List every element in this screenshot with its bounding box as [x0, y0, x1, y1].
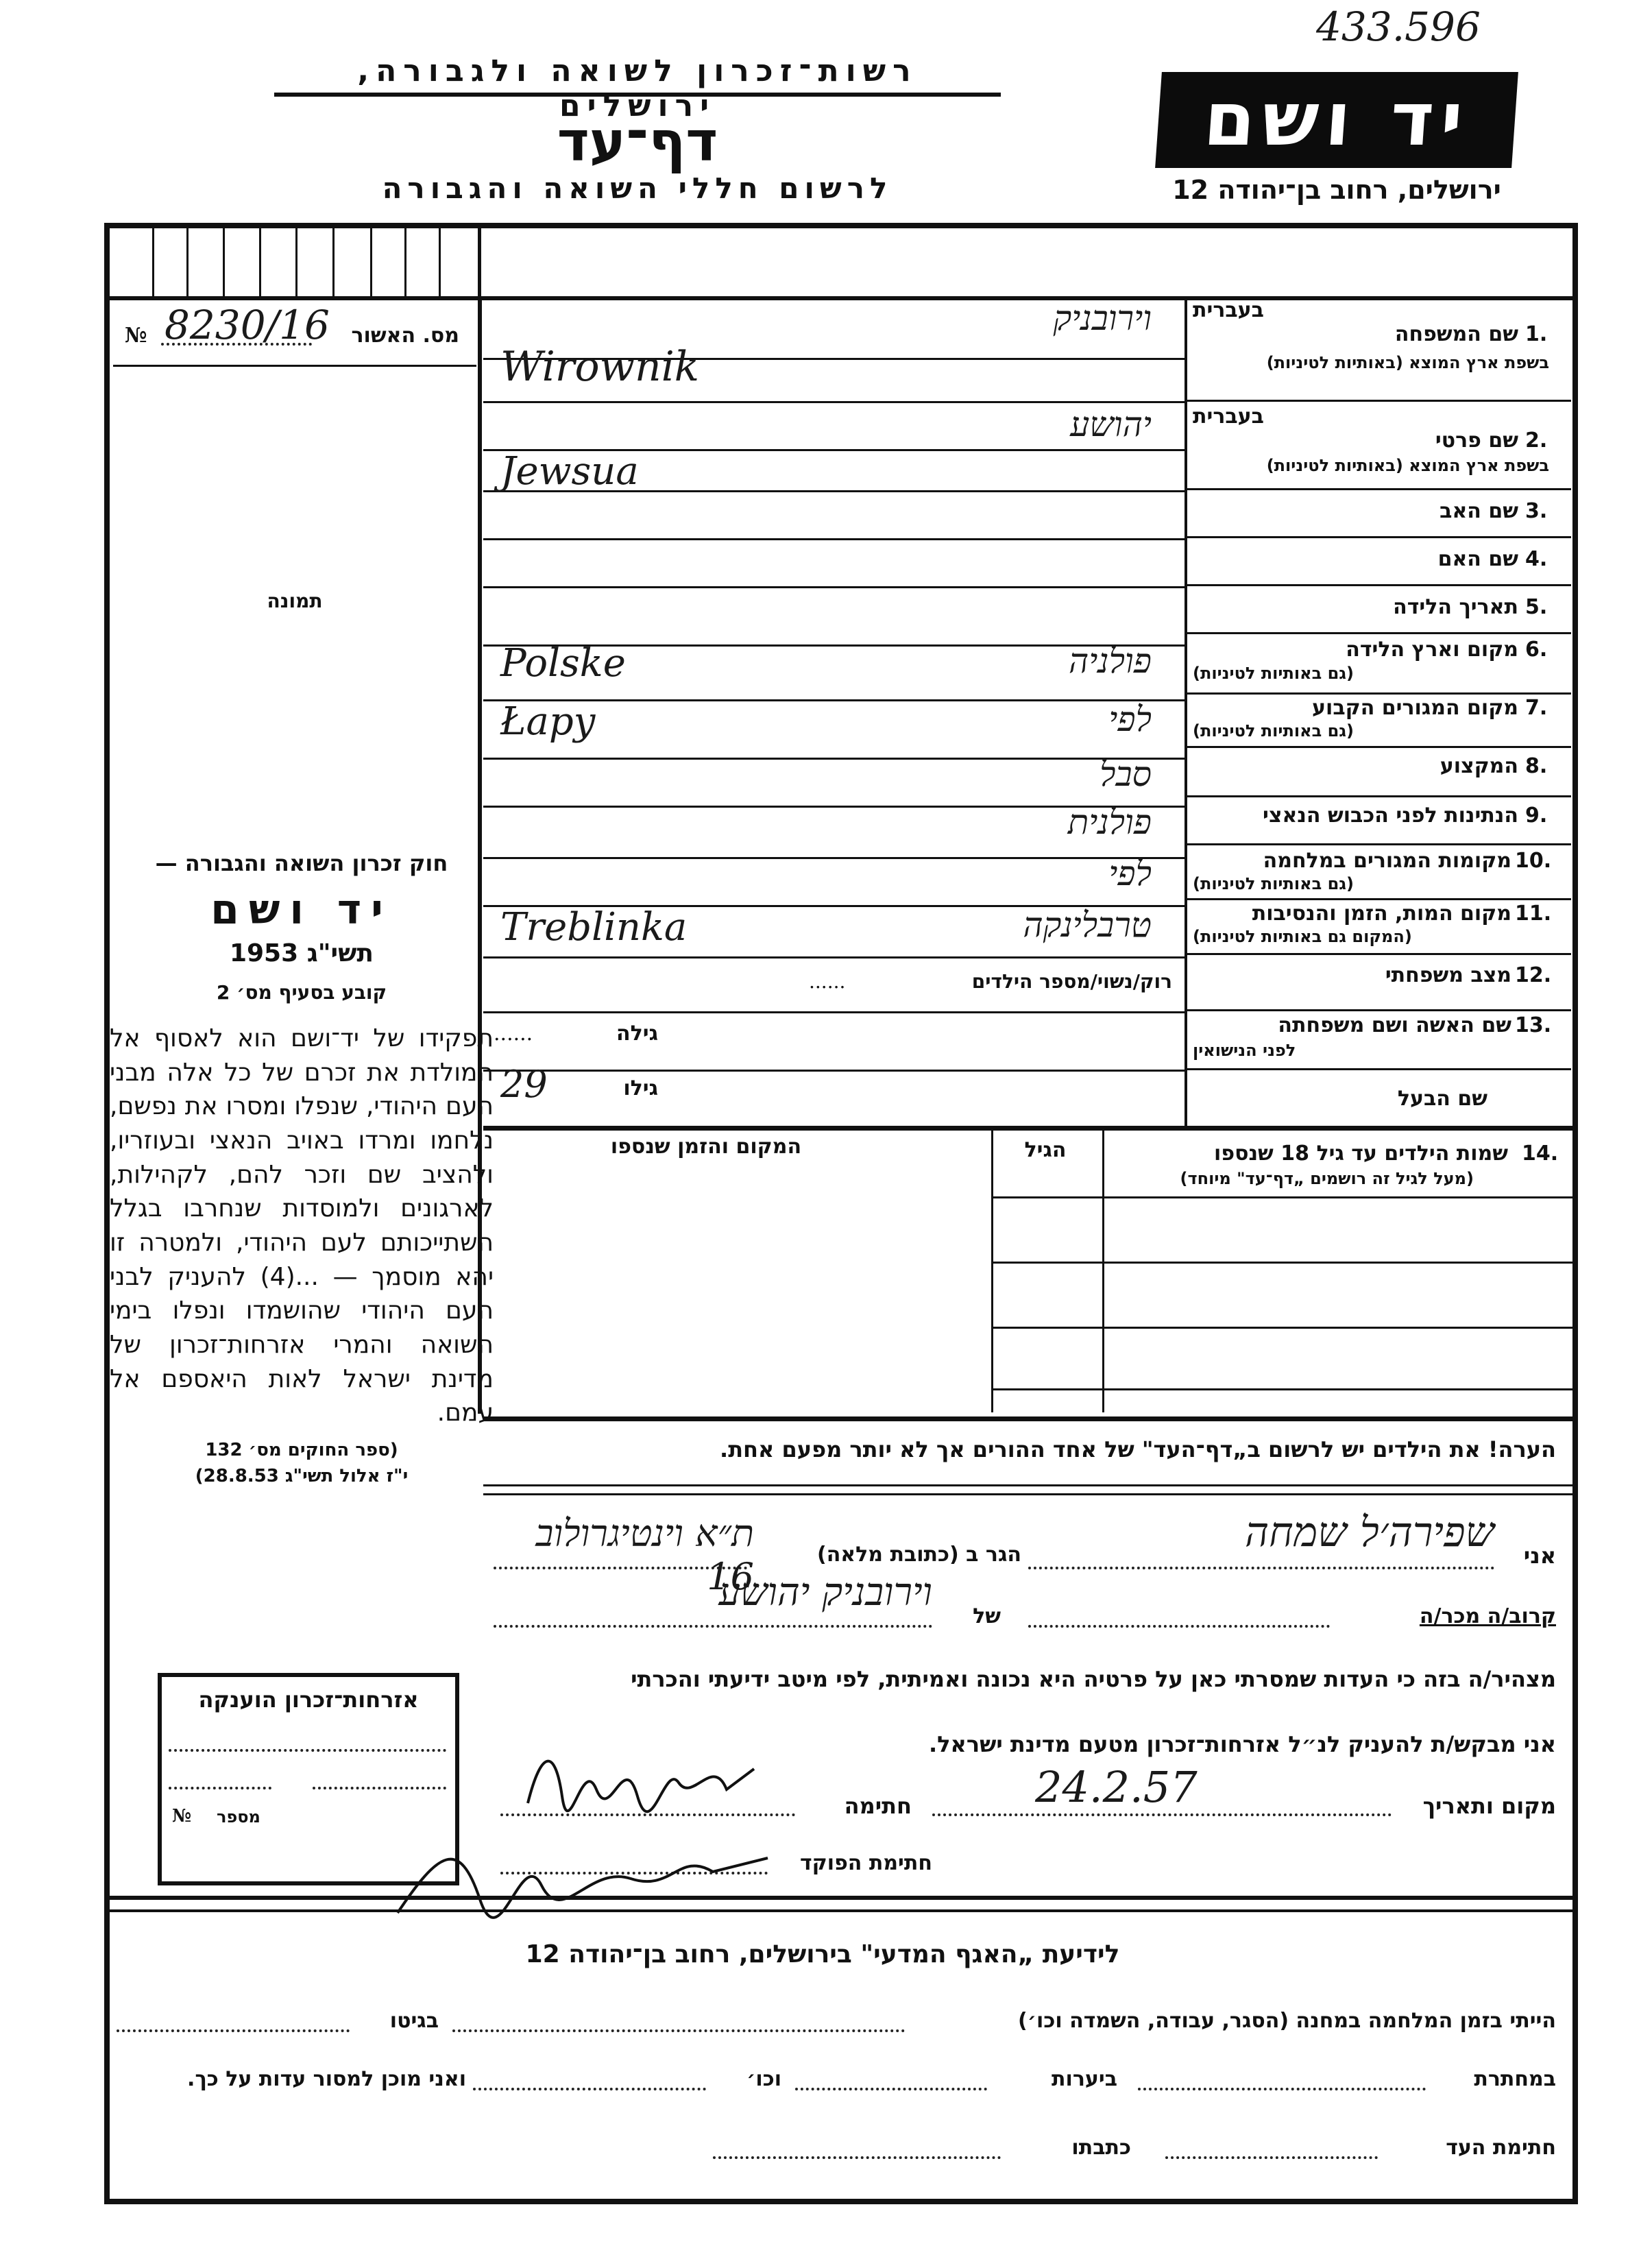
declarant-name-field[interactable]: [1028, 1567, 1494, 1569]
declaration-top-rule-2: [483, 1493, 1573, 1495]
relation-field[interactable]: [1028, 1625, 1330, 1628]
family-name-latin-value[interactable]: Wirownik: [500, 343, 699, 391]
field-5-number: 5.: [1525, 595, 1547, 619]
section-14-top-rule: [483, 1126, 1573, 1131]
scientific-dept-title: לידיעת „האגף המדעי" בירושלים, רחוב בן־יה…: [411, 1940, 1234, 1968]
photo-placeholder-label: תמונה: [226, 590, 363, 612]
place-date-field[interactable]: [932, 1813, 1392, 1816]
strip-divider: [332, 228, 335, 297]
field-7-sub: (גם באותיות לטיניות): [1193, 721, 1426, 740]
husband-name-label: שם הבעל: [1200, 1087, 1487, 1111]
residence-latin-value[interactable]: Łapy: [500, 699, 595, 744]
place-date-label: מקום ותאריך: [1398, 1793, 1556, 1819]
row-rule: [1187, 795, 1571, 797]
approval-label: מס. האשור: [322, 324, 459, 348]
children-row-rule: [993, 1327, 1575, 1329]
law-year: תשי"ג 1953: [110, 939, 494, 967]
field-8-label: המקצוע: [1200, 754, 1518, 778]
row-rule: [1187, 1009, 1571, 1011]
witness-address-field[interactable]: [713, 2156, 1001, 2159]
stamp-number-label: מספר: [217, 1807, 260, 1826]
signature-scribble-icon: [521, 1741, 768, 1817]
strip-divider: [404, 228, 406, 297]
children-label: שמות הילדים עד גיל 18 שנספו: [1110, 1142, 1508, 1166]
field-7-label: מקום המגורים הקבוע: [1200, 696, 1518, 720]
stamp-line-1[interactable]: [169, 1749, 446, 1752]
field-6-number: 6.: [1525, 638, 1547, 662]
law-text: תפקידו של יד־ושם הוא לאסוף אל המולדת את …: [110, 1022, 494, 1430]
field-2-hebrew-hint: בעברית: [1193, 405, 1419, 429]
children-place-time-header: המקום והזמן שנספו: [548, 1135, 864, 1159]
declaration-top-rule: [483, 1484, 1573, 1486]
witness-signature-field[interactable]: [1165, 2156, 1378, 2159]
approval-number-value: 8230/16: [165, 302, 330, 348]
field-7-number: 7.: [1525, 696, 1547, 720]
first-name-latin-value[interactable]: Jewsua: [500, 449, 639, 494]
underground-field[interactable]: [1138, 2088, 1426, 2090]
first-name-hebrew-value[interactable]: יהושע: [891, 405, 1152, 444]
official-signature-label: חתימת הפוקד: [781, 1851, 932, 1875]
field-5-label: תאריך הלידה: [1200, 595, 1518, 619]
row-rule: [1187, 584, 1571, 586]
field-4-number: 4.: [1525, 547, 1547, 571]
field-13-number: 13.: [1515, 1013, 1551, 1037]
field-3-number: 3.: [1525, 499, 1547, 523]
approval-rule: [113, 365, 476, 367]
field-8-number: 8.: [1525, 754, 1547, 778]
label-column-divider: [1185, 296, 1187, 1126]
value-rule: [483, 401, 1185, 403]
relation-label: קרוב/ה מכר/ה: [1337, 1604, 1556, 1628]
nationality-value[interactable]: פולנית: [891, 802, 1152, 842]
field-12-number: 12.: [1515, 963, 1551, 987]
stamp-number-symbol: №: [172, 1806, 191, 1826]
residing-label: הגר ב (כתובת מלאה): [754, 1543, 1021, 1567]
field-13-label: שם האשה ושם משפחתה: [1200, 1013, 1511, 1037]
field-2-label: שם פרטי: [1200, 429, 1518, 453]
field-3-label: שם האב: [1200, 499, 1518, 523]
field-14-number: 14.: [1522, 1142, 1558, 1166]
stamp-line-3[interactable]: [313, 1787, 446, 1789]
field-1-hebrew-hint: בעברית: [1193, 298, 1419, 322]
row-rule: [1187, 488, 1571, 490]
value-rule: [483, 956, 1185, 958]
form-title: דף־עד: [480, 110, 795, 173]
row-rule: [1187, 692, 1571, 695]
children-sub: (מעל לגיל זה רושמים „דף־עד" מיוחד): [1110, 1169, 1474, 1188]
row-rule: [1187, 898, 1571, 900]
wartime-residence-value[interactable]: לפי: [891, 854, 1152, 893]
family-name-hebrew-value[interactable]: וירובניק: [891, 298, 1152, 338]
stamp-title: אזרחות־זכרון הוענקה: [162, 1687, 455, 1713]
memorial-citizenship-stamp-box: אזרחות־זכרון הוענקה מספר №: [158, 1673, 459, 1885]
profession-value[interactable]: סבל: [891, 754, 1152, 794]
death-place-hebrew-value[interactable]: טרבלינקה: [891, 905, 1152, 945]
field-13-sub: לפני הנישואין: [1193, 1041, 1371, 1060]
death-place-latin-value[interactable]: Treblinka: [500, 905, 687, 950]
wife-age-field[interactable]: ......: [494, 1022, 533, 1046]
field-11-label: מקום המות, הזמן והנסיבות: [1200, 902, 1511, 926]
field-12-label: מצב משפחתי: [1200, 963, 1511, 987]
ghetto-field[interactable]: [117, 2029, 350, 2032]
birthplace-hebrew-value[interactable]: פולניה: [891, 641, 1152, 681]
form-subtitle: לרשום חללי השואה והגבורה: [315, 171, 960, 205]
camp-line-label: הייתי בזמן המלחמה במחנה (הסגר, עבודה, הש…: [919, 2009, 1556, 2033]
willing-to-testify-label: ואני מוכן למסור עדות על כך.: [110, 2067, 466, 2091]
strip-divider: [223, 228, 225, 297]
law-reference-2: י"ז אלול תשי"ג 28.8.53): [110, 1466, 494, 1486]
row-rule: [1187, 536, 1571, 538]
field-2-number: 2.: [1525, 429, 1547, 453]
husband-age-value[interactable]: 29: [500, 1063, 548, 1106]
declarant-i-label: אני: [1501, 1543, 1556, 1569]
field-1-label: שם המשפחה: [1200, 322, 1518, 346]
children-row-rule: [993, 1262, 1575, 1264]
row-rule: [1187, 746, 1571, 748]
children-age-header: הגיל: [1001, 1138, 1090, 1162]
wife-age-label: גילה: [590, 1022, 658, 1046]
field-9-number: 9.: [1525, 804, 1547, 828]
number-symbol: №: [125, 324, 147, 348]
strip-divider: [186, 228, 189, 297]
row-rule: [1187, 953, 1571, 955]
field-10-number: 10.: [1515, 849, 1551, 873]
field-11-sub: (המקום גם באותיות לטיניות): [1193, 927, 1481, 946]
witness-signature-label: חתימת העד: [1392, 2136, 1556, 2160]
witness-address-label: כתבתו: [1008, 2136, 1131, 2160]
children-col-divider: [991, 1130, 993, 1412]
underground-label: במחתרת: [1440, 2067, 1556, 2091]
law-box: חוק זכרון השואה והגבורה — יד ושם תשי"ג 1…: [110, 850, 494, 1486]
field-11-number: 11.: [1515, 902, 1551, 926]
strip-divider: [439, 228, 441, 297]
strip-divider: [478, 228, 481, 297]
field-6-sub: (גם באותיות לטיניות): [1193, 664, 1426, 683]
row-rule: [1187, 400, 1571, 402]
field-1-sub: בשפת ארץ המוצא (באותיות לטיניות): [1193, 353, 1549, 372]
strip-divider: [295, 228, 297, 297]
strip-divider: [259, 228, 261, 297]
law-section: קובע בסעיף מס׳ 2: [110, 981, 494, 1004]
of-label: של: [946, 1604, 1001, 1628]
declarant-name-value: שפירה׳ל שמחה: [1028, 1508, 1494, 1556]
law-name: יד ושם: [110, 886, 494, 934]
row-rule: [1187, 843, 1571, 845]
note-top-rule: [483, 1416, 1573, 1421]
children-row-rule: [993, 1196, 1575, 1198]
children-col-divider: [1102, 1130, 1104, 1412]
field-2-sub: בשפת ארץ המוצא (באותיות לטיניות): [1193, 456, 1549, 475]
note-text: הערה! את הילדים יש לרשום ב„דף־העד" של אח…: [507, 1436, 1556, 1462]
field-9-label: הנתינות לפני הכבוש הנאצי: [1200, 804, 1518, 828]
ghetto-label: בגיטו: [356, 2009, 439, 2033]
field-4-label: שם האם: [1200, 547, 1518, 571]
date-value: 24.2.57: [1035, 1762, 1198, 1812]
relation-of-value: וירובניק יהושע: [603, 1570, 932, 1615]
marital-status-options: רוק/נשוי/מספר הילדים: [864, 970, 1172, 993]
signature-label: חתימה: [809, 1793, 912, 1819]
field-10-sub: (גם באותיות לטיניות): [1193, 874, 1426, 893]
value-rule: [483, 586, 1185, 588]
declaration-statement: מצהיר/ה בזה כי העדות שמסרתי כאן על פרטיה…: [494, 1666, 1556, 1692]
declarant-signature: [521, 1741, 768, 1817]
children-row-rule: [993, 1388, 1575, 1390]
value-rule: [483, 1070, 1185, 1072]
bottom-section-rule: [110, 1896, 1573, 1900]
row-rule: [1187, 1068, 1571, 1070]
bottom-section-rule-2: [110, 1909, 1573, 1912]
value-rule: [483, 538, 1185, 540]
camp-field[interactable]: [452, 2029, 905, 2032]
residence-hebrew-value[interactable]: לפי: [891, 699, 1152, 739]
field-10-label: מקומות המגורים במלחמה: [1200, 849, 1511, 873]
etc-field[interactable]: [473, 2088, 706, 2090]
header-rule: [274, 93, 1001, 97]
strip-divider: [152, 228, 154, 297]
forests-field[interactable]: [795, 2088, 987, 2090]
value-rule: [483, 1011, 1185, 1013]
law-reference-1: (ספר החוקים מס׳ 132: [110, 1440, 494, 1460]
husband-age-label: גילו: [590, 1076, 658, 1100]
field-6-label: מקום וארץ הלידה: [1200, 638, 1518, 662]
archive-number: 433.596: [1316, 3, 1549, 50]
birthplace-latin-value[interactable]: Polske: [500, 641, 626, 686]
logo-address: ירושלים, רחוב בן־יהודה 12: [1152, 175, 1522, 205]
children-count-field[interactable]: ......: [809, 970, 845, 993]
row-rule: [1187, 632, 1571, 634]
stamp-line-2[interactable]: [169, 1787, 271, 1789]
field-1-number: 1.: [1525, 322, 1547, 346]
etc-label: וכו׳: [713, 2067, 781, 2091]
forests-label: ביערות: [994, 2067, 1117, 2091]
yad-vashem-logo: יד ושם: [1155, 72, 1518, 168]
strip-divider: [370, 228, 372, 297]
relation-of-field[interactable]: [494, 1625, 932, 1628]
law-title: חוק זכרון השואה והגבורה —: [110, 850, 494, 876]
